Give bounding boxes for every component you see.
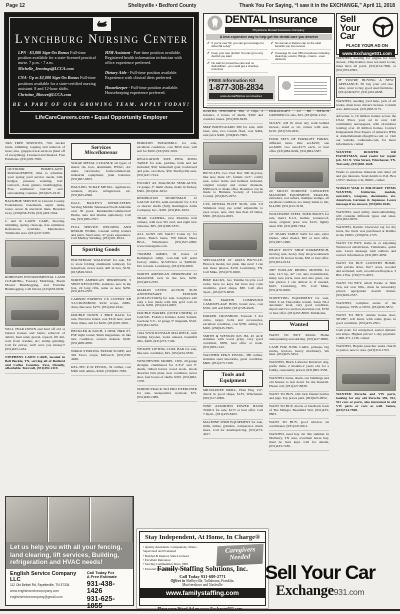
- classified-ad: SCRAP METAL CLEANUP, all types of metal,…: [71, 162, 131, 184]
- caregivers-needed-ribbon: Caregivers Needed: [216, 544, 263, 566]
- classified-ad: HORIZON TREADMILL for sale, excellent co…: [137, 142, 197, 156]
- benefit-item: ✓If you're over 50, you can get coverage…: [207, 42, 268, 50]
- classified-ad: DOUBLE BARREL (OVER UNDER) 12 GAUGE, Fra…: [137, 312, 197, 330]
- classified-column-2: ServicesMiscellaneousSCRAP METAL CLEANUP…: [71, 142, 131, 494]
- girls-bicycle-photo: [203, 223, 263, 257]
- classified-ad: SULKY, will fit most any walk behind mow…: [269, 122, 329, 136]
- benefit-item: ✓No wait for preventive care and no dedu…: [207, 62, 268, 74]
- page-number: Page 12: [6, 3, 25, 9]
- classified-ad: SPECIALIZED 16" GIRLS BICYCLE, Hotrock m…: [203, 259, 263, 277]
- classified-ad: Advertise to 10 million homes across the…: [336, 115, 396, 149]
- promo-title: Sell Your Car: [262, 564, 378, 584]
- classified-ad: T&S TREE SERVICES, 70ft. bucket truck, t…: [5, 142, 65, 164]
- classified-ad: OUTDOOR HOME/LAWN MANAGEMENT, time to sc…: [5, 166, 65, 199]
- masthead-slogan: Thank You For Saying, “I saw it in the E…: [239, 3, 395, 9]
- classified-ad: WANT TO BUY, outside house door, 36"x80"…: [336, 314, 396, 328]
- phone-number[interactable]: 931-625-1855: [87, 596, 129, 610]
- company-bar: Physicians Mutual Insurance Company: [225, 27, 332, 33]
- sell-your-car-ad[interactable]: Sell Your Car PLACE YOUR AD ON www.Excha…: [336, 13, 398, 55]
- benefit-card-illustration: [278, 76, 331, 101]
- classified-ad: WINCHESTER MODEL 1300, 20-gauge shotgun,…: [137, 360, 197, 386]
- job-posting: Housekeeper - Full-time position availab…: [105, 85, 185, 96]
- feature-item: Quality Attendants, Companions, Sitters …: [143, 545, 213, 554]
- classified-ad: MILWAUKEE DRILL, Hole Hog 1/2", chuck in…: [203, 389, 263, 403]
- feature-item: Personal Care Assistance At Its Best: [143, 567, 213, 571]
- benefit-list-left: ✓If you're over 50, you can get coverage…: [207, 42, 268, 75]
- classified-ad: 1944 WWII RUSSIAN M44 RIFLE, with foldin…: [137, 332, 197, 346]
- classified-ad: BICYCLES, two Trex Nav 300 bicycles, lik…: [203, 172, 263, 202]
- job-posting: CNA- Up to $2,000 Sign-On Bonus Full-tim…: [18, 75, 98, 97]
- classified-ad: CVA OPTIMA ELITE 30-06, with 3-9 Simmons…: [203, 203, 263, 221]
- porsche-car-photo: [336, 357, 396, 391]
- classified-ad: MARLIN LEVER ACTION 30-30 ANNIVERSARY ED…: [137, 289, 197, 311]
- life-care-lamp-icon: [93, 17, 111, 31]
- classified-ad: STEPHENS LAWN CARE, located in Bell Buck…: [5, 356, 65, 374]
- classified-ad: WANT TO BUY Mobile Home underpinning and…: [269, 334, 329, 344]
- benefit-item: ✓Coverage for over 350 procedures includ…: [271, 52, 332, 64]
- phone-number[interactable]: 931-438-1426: [87, 581, 129, 595]
- check-icon: ✓: [207, 62, 210, 72]
- classified-ad: 70LB. MARTIN COMPOUND CAMOUFLAGE BOW, br…: [203, 299, 263, 313]
- classified-ad: DOUBLE DOWN 2 BIKE RACK for sale, Electr…: [71, 314, 131, 328]
- classified-ad: WALTHER PPK/S PISTOL, 380 caliber, stain…: [203, 354, 263, 368]
- company-name: English Service Company LLC: [10, 571, 84, 583]
- family-staffing-ad[interactable]: Stay Independent, At Home, In Charge® Qu…: [139, 531, 266, 606]
- classified-ad: BIKE RACKS, two Yakima bicycle roof rack…: [203, 279, 263, 297]
- classified-ad: WANT TO BUY, home in or adjoining Westwo…: [336, 242, 396, 260]
- classified-ad: WANT TO BUY, Old Jack Daniel bottles and…: [269, 393, 329, 403]
- ad-title: Stay Independent, At Home, In Charge®: [140, 532, 265, 543]
- benefit-list-right: ✓No annual or lifetime cap on the cash b…: [271, 42, 332, 75]
- classified-ad: SMITH & WESSON 625 JM, 45 ACP, stainless…: [203, 335, 263, 353]
- classified-ad: M&P BODYGUARD 380 for sale, with laser, …: [203, 126, 263, 140]
- jobs-column-left: LPN - $3,000 Sign-On Bonus Full-time pos…: [18, 50, 98, 102]
- classified-column-4: BERTHA THUNDER 380, 2 clips, 2 holsters,…: [203, 110, 263, 529]
- section-header: Wanted: [269, 320, 329, 331]
- ad-subtitle: A less expensive way to help get the den…: [206, 34, 332, 40]
- check-icon: ✓: [207, 42, 210, 48]
- card-tooth-badge: [282, 81, 291, 90]
- ad-banner: Let us help you with all your fencing, l…: [6, 542, 133, 569]
- check-icon: ✓: [271, 42, 274, 48]
- classified-ad: WORLD WAR II MILITARY ITEMS WANTED, Unif…: [336, 187, 396, 209]
- classified-ad: WILL TEAR DOWN and haul off old or burne…: [5, 328, 65, 354]
- classified-ad: WANTED, looking for engine for lawn mowe…: [336, 57, 396, 75]
- classified-ad: ESCORT AS MAGNUM SEMI-AUTO, 12 gauge, 3"…: [137, 182, 197, 196]
- check-icon: ✓: [207, 52, 210, 58]
- ad-frame: Lynchburg Nursing Center LPN - $3,000 Si…: [9, 17, 194, 134]
- ad-title: Sell Your Car: [340, 16, 360, 42]
- classified-ad: ALL GUNS ON SALE! Come by for prices. Bu…: [137, 233, 197, 251]
- forestry-mulcher-photo: [5, 240, 65, 274]
- classified-ad: MACHINE SHOP EQUIPMENT for sale, mills, …: [203, 421, 263, 439]
- job-posting: Dietary Aide - Full-time position availa…: [105, 70, 185, 81]
- lynchburg-nursing-center-ad[interactable]: Lynchburg Nursing Center LPN - $3,000 Si…: [5, 13, 198, 138]
- classified-column-1: T&S TREE SERVICES, 70ft. bucket truck, t…: [5, 142, 65, 493]
- classified-ad: WOLVERINE STEEL TOED BOOTS for sale, men…: [269, 213, 329, 231]
- fence-photo: [49, 497, 91, 542]
- classified-ad: WANTED, used utility shed/outbuilding, w…: [336, 211, 396, 225]
- classified-ad: WANT TO BUY COUNTRY HOME, with private d…: [336, 262, 396, 280]
- company-email[interactable]: englishservicecompany@gmail.com: [10, 595, 84, 599]
- jobs-column-right: HIM Assistant - Part-time position avail…: [105, 50, 185, 102]
- classified-ad: REGULATION SIZE PING PONG TABLE for sale…: [137, 158, 197, 180]
- classified-ad: DURACRAFT 1/2 HP BENCH GRINDER for sale,…: [269, 110, 329, 120]
- cta-label: PLACE YOUR AD ON: [337, 43, 397, 48]
- classified-ad: WANTED, needing yard help, jack of all t…: [336, 100, 396, 114]
- classified-ad: Wants to purchase minerals and other oil…: [336, 171, 396, 185]
- classified-ad: WANTED Porsche and VW parts, looking for…: [336, 393, 396, 415]
- classified-ad: WANT TO BUY, small Yorkie or Shih Tzu, n…: [336, 282, 396, 300]
- sell-your-car-promo[interactable]: Sell Your Car Exchange931.com: [262, 564, 378, 598]
- website-url[interactable]: www.dental50plus.com/cadnet: [209, 93, 273, 99]
- classified-ad: HECKLER & KOCH, 2 OEM, H&K P7, PSP eight…: [71, 330, 131, 348]
- phone-number[interactable]: 1-877-308-2834: [209, 83, 273, 92]
- classified-ad: PARKER CROSSBOW, Tornado 3 dot camo, tar…: [203, 315, 263, 333]
- check-icon: ✓: [271, 52, 274, 62]
- classified-column-3: HORIZON TREADMILL for sale, excellent co…: [137, 142, 197, 528]
- classified-ad: HOUSEBOAT WALKWAY for sale, EZ to store …: [71, 259, 131, 277]
- classified-ad: CASH FOR JUNK CARS, pickups, big trucks,…: [269, 346, 329, 360]
- hvac-units-photo: [6, 497, 48, 542]
- classified-ad: FULL SERVICE WELDING AND REPAIR WORK. Cu…: [71, 226, 131, 244]
- divider: [20, 111, 183, 112]
- dental-insurance-ad[interactable]: DENTAL Insurance Physicians Mutual Insur…: [203, 13, 335, 108]
- classified-ad: WANTED, Black Labrador Retriever dog, pr…: [269, 361, 329, 375]
- classified-ad: BERTHA THUNDER 380, 2 clips, 2 holsters,…: [203, 110, 263, 124]
- steering-wheel-icon: [372, 16, 394, 42]
- classified-ad: WEIGHT LIFTING CURL BAR for sale, like n…: [137, 348, 197, 358]
- classified-ad: IF YOU'RE BUYING A NEW APPLIANCE, I'll b…: [336, 77, 396, 98]
- classified-ad: FOUR SETS OF FORKLIFT FORKS, different s…: [269, 138, 329, 156]
- classified-ad: 24' MULTI PURPOSE CONCRETE MASONRY EQUIP…: [269, 190, 329, 212]
- card-text-lines: [294, 82, 327, 95]
- benefit-item: ✓No annual or lifetime cap on the cash b…: [271, 42, 332, 50]
- section-header: Tools andEquipment: [203, 370, 263, 387]
- kit-label: FREE Information Kit: [209, 78, 273, 83]
- classified-ad: WANTED, complete series of the Sopranos,…: [336, 302, 396, 312]
- feature-list: Quality Attendants, Companions, Sitters …: [143, 545, 213, 571]
- classified-ad: NIKKO STIRLING 3X9X40 SCOPE, and 3x9 Tas…: [71, 350, 131, 364]
- website-url[interactable]: www.Exchange931.com: [339, 49, 395, 57]
- classified-ad: WANTED ROOFER OR HANDYMAN, need roofer f…: [336, 151, 396, 169]
- website-url[interactable]: www.familystaffing.com: [140, 588, 265, 598]
- classified-ad: WANT TO BUY, good window air conditioner…: [269, 421, 329, 431]
- classified-ad: D.O.C. BAILEY'S UPHOLSTERY: Serving Midd…: [71, 202, 131, 224]
- classified-ad: NORTH AMERICAN DERRINGER 5 SHOT REVOLVER…: [71, 279, 131, 297]
- classified-ad: NORTH AMERICAN DERRINGER 22 MAGNUM, new …: [137, 273, 197, 287]
- classified-ad: WANTED, barns, sheds, out buildings and …: [269, 377, 329, 391]
- edition-label: Shelbyville • Bedford County: [128, 3, 196, 9]
- company-website[interactable]: www.englishservicecompany.com: [10, 589, 84, 593]
- classified-ad: WANTED, Baptist preacher seeks church to…: [336, 345, 396, 355]
- page-header: Page 12 Shelbyville • Bedford County Tha…: [0, 2, 400, 11]
- classified-ad: Cash paid- for unexpired, sealed diabeti…: [336, 329, 396, 343]
- cta-line: A Free Estimate: [87, 575, 129, 580]
- job-posting: LPN - $3,000 Sign-On Bonus Full-time pos…: [18, 50, 98, 72]
- classified-ad: 7X64MM AMMO, 32 boxes of Remington 140gr…: [137, 253, 197, 271]
- ad-title: DENTAL Insurance: [225, 15, 332, 26]
- equipment-trailer-photo: [269, 158, 329, 188]
- classified-ad: SURVEYING EQUIPMENT for sale, Wild T-1A …: [269, 297, 329, 319]
- info-kit-box: FREE Information Kit 1-877-308-2834 www.…: [207, 76, 275, 101]
- classified-ad: 2007 POULAN RIDING MOWER for sale, 14.5 …: [269, 269, 329, 295]
- classified-column-5: DURACRAFT 1/2 HP BENCH GRINDER for sale,…: [269, 110, 329, 562]
- classified-ad: BACKHOE SERVICE in Lincoln County. Found…: [5, 200, 65, 218]
- building-photo: [91, 497, 133, 542]
- classified-ad: NORDICTRACK SKI PRO EXERCISER for sale, …: [137, 388, 197, 402]
- classified-ad: WANT TO BUY, movie or hardback book of T…: [269, 405, 329, 419]
- dump-truck-photo: [5, 296, 65, 326]
- classified-ad: WANTED, Rambo Chevrolet tag for my truck…: [336, 226, 396, 240]
- classified-ad: HEAVY DUTY SHOP WORKBENCH, moving sale, …: [269, 249, 329, 267]
- classified-column-6: WANTED, looking for engine for lawn mowe…: [336, 57, 396, 562]
- classified-ad: TRAIL CAMERA, new Moultrie trail camera,…: [137, 217, 197, 231]
- page-bottom-rule: [0, 609, 400, 611]
- section-header: Sporting Goods: [71, 245, 131, 256]
- classified-ad: HAULING SCRAP METAL, appliances-washers,…: [71, 186, 131, 200]
- classified-ad: KEL-TEC P-32 PISTOL, 32 caliber, cost $3…: [71, 366, 131, 376]
- classified-ad: NINE ASSORTED POWER HAND TOOLS for sale,…: [203, 405, 263, 419]
- tooth-icon: [207, 15, 223, 31]
- classified-ad: C and R LAWN CARE, mowing, trimming, spr…: [5, 220, 65, 238]
- company-address: 112 Old Bethel Rd, Fayetteville, TN 3733…: [10, 583, 84, 587]
- benefit-item: ✓Keep your own dentist! You can go to an…: [207, 52, 268, 60]
- exchange-logo: Exchange931.com: [262, 584, 378, 599]
- classified-ad: CARBON EXPRESS CX COVERT XB 3.5-CROSSBOW…: [71, 298, 131, 312]
- classified-ad: WANTED, need hay cut this summer in Mulb…: [269, 433, 329, 451]
- two-bicycles-photo: [203, 142, 263, 170]
- ad-title: Lynchburg Nursing Center: [10, 33, 193, 46]
- classified-ad: 10" SEARS TABLE SAW for sale, extra blad…: [269, 233, 329, 247]
- classified-ad: REMINGTON SPORTSMAN 12 GAUGE AUTO, semi-…: [137, 197, 197, 215]
- ad-tagline: BE A PART OF OUR GROWING TEAM. APPLY TOD…: [10, 103, 193, 108]
- offices-line: Murfreesboro and Nashville: [140, 583, 265, 587]
- classified-ad: ROBINSON ENVIRONMENTAL LAND CLEARING, Fo…: [5, 276, 65, 294]
- section-header: ServicesMiscellaneous: [71, 143, 131, 160]
- ad-footer: LifeCareCareers.com • Equal Opportunity …: [10, 115, 193, 121]
- english-service-company-ad[interactable]: Let us help you with all your fencing, l…: [5, 496, 134, 606]
- job-posting: HIM Assistant - Part-time position avail…: [105, 50, 185, 66]
